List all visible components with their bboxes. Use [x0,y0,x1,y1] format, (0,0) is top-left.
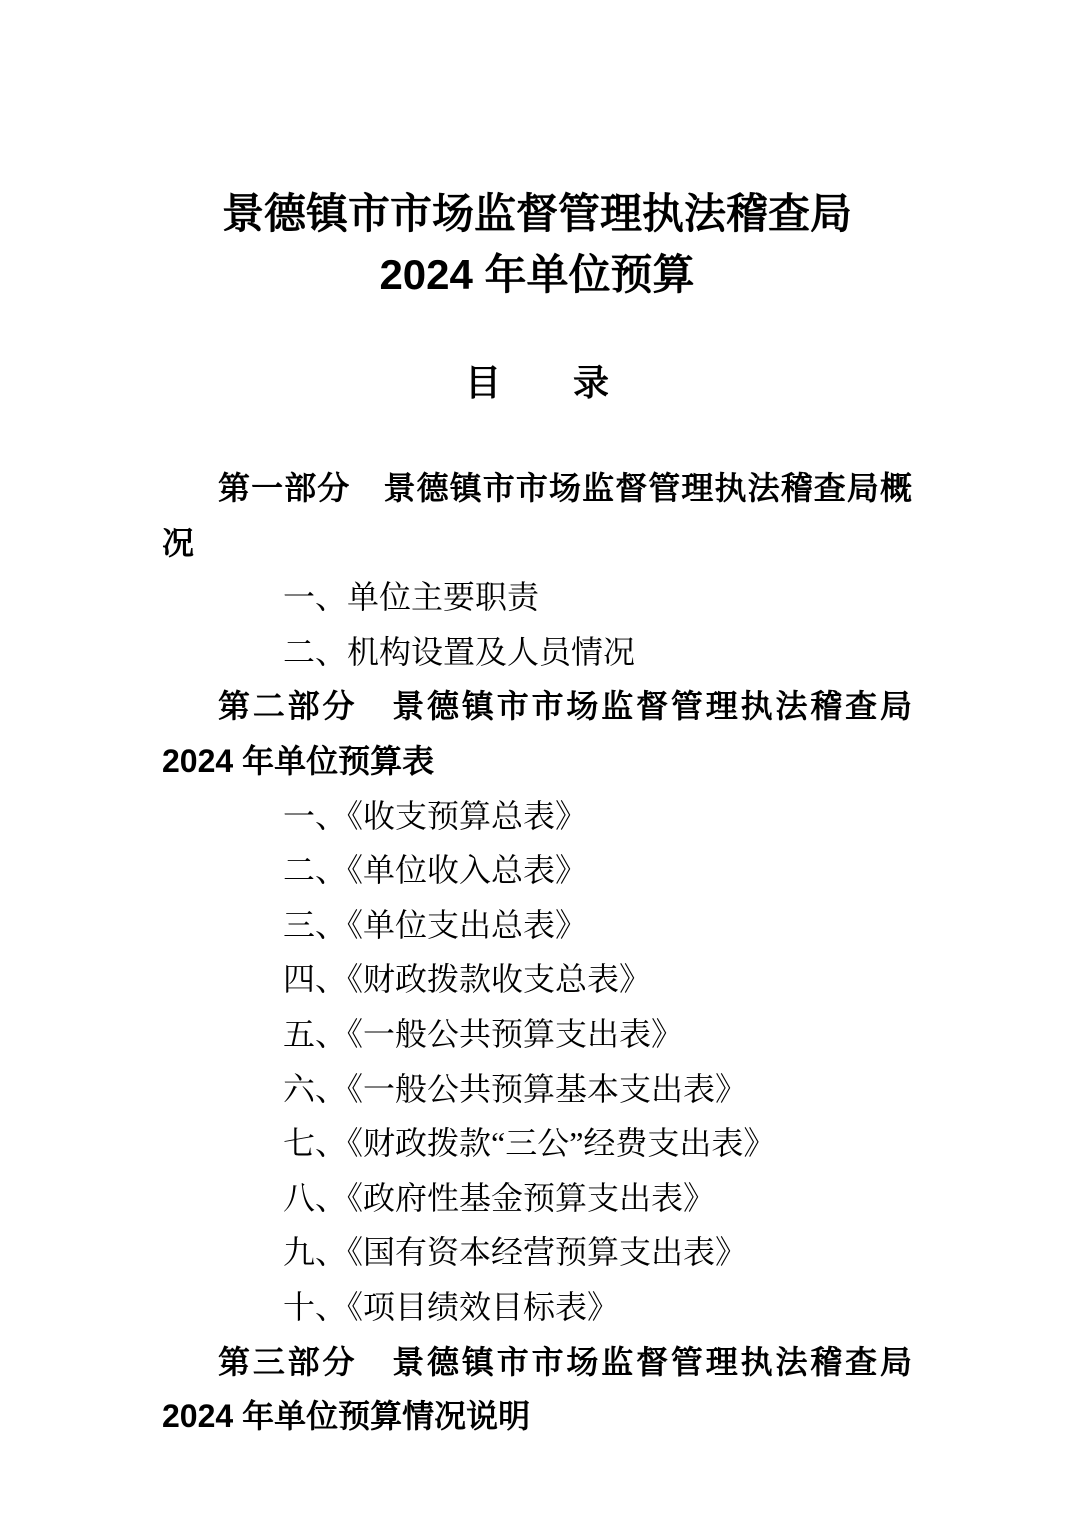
toc-item: 四、《财政拨款收支总表》 [162,952,912,1007]
toc-item: 五、《一般公共预算支出表》 [162,1007,912,1062]
document-title-line2: 2024 年单位预算 [162,244,912,305]
toc-item: 八、《政府性基金预算支出表》 [162,1171,912,1226]
toc-item: 十、《项目绩效目标表》 [162,1280,912,1335]
document-content: 景德镇市市场监督管理执法稽查局 2024 年单位预算 目 录 第一部分 景德镇市… [162,0,912,1444]
toc-item: 六、《一般公共预算基本支出表》 [162,1062,912,1117]
document-title-line1: 景德镇市市场监督管理执法稽查局 [162,183,912,244]
toc-part-heading: 第三部分 景德镇市市场监督管理执法稽查局 2024 年单位预算情况说明 [162,1335,912,1444]
document-page: 景德镇市市场监督管理执法稽查局 2024 年单位预算 目 录 第一部分 景德镇市… [0,0,1074,1520]
toc-part-heading: 第二部分 景德镇市市场监督管理执法稽查局 2024 年单位预算表 [162,679,912,788]
toc-heading: 目 录 [162,361,912,405]
toc-item: 三、《单位支出总表》 [162,898,912,953]
document-title: 景德镇市市场监督管理执法稽查局 2024 年单位预算 [162,183,912,305]
toc-list: 第一部分 景德镇市市场监督管理执法稽查局概况 一、单位主要职责 二、机构设置及人… [162,461,912,1444]
toc-item: 二、机构设置及人员情况 [162,625,912,680]
toc-item: 一、《收支预算总表》 [162,789,912,844]
toc-part-heading: 第一部分 景德镇市市场监督管理执法稽查局概况 [162,461,912,570]
toc-item: 九、《国有资本经营预算支出表》 [162,1225,912,1280]
toc-item: 二、《单位收入总表》 [162,843,912,898]
toc-item: 七、《财政拨款“三公”经费支出表》 [162,1116,912,1171]
toc-item: 一、单位主要职责 [162,570,912,625]
